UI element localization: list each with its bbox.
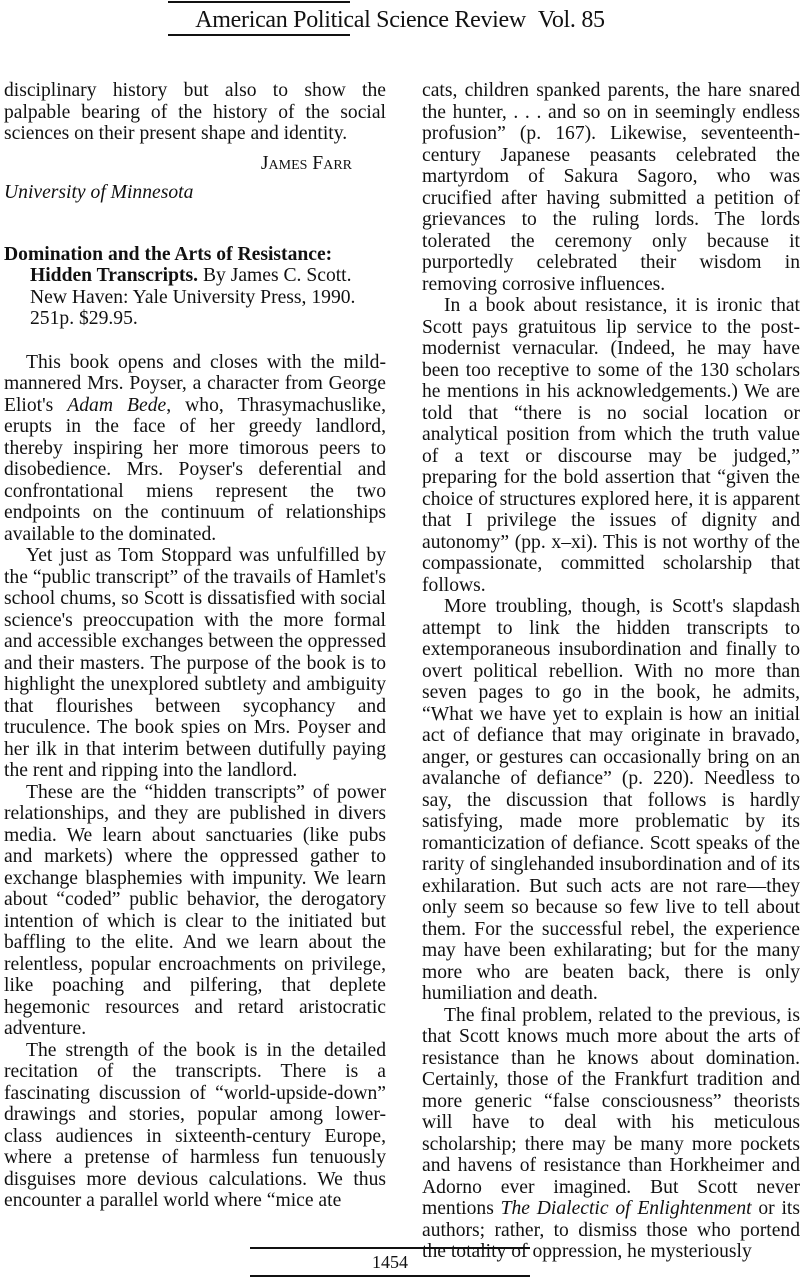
review-heading: Domination and the Arts of Resistance: H… [4,244,386,330]
paragraph: These are the “hidden transcripts” of po… [4,782,386,1040]
running-header: American Political Science ReviewVol. 85 [0,0,800,44]
page-footer: 1454 [250,1247,530,1277]
left-column: disciplinary history but also to show th… [4,80,386,1212]
page-number: 1454 [250,1249,530,1275]
paragraph: The final problem, related to the previo… [422,1005,800,1263]
book-title-italic: The Dialectic of Enlightenment [501,1198,752,1219]
paragraph: In a book about resistance, it is ironic… [422,295,800,596]
header-rule-top [168,1,350,3]
paragraph: The strength of the book is in the detai… [4,1040,386,1212]
volume-label: Vol. 85 [538,7,605,33]
paragraph: This book opens and closes with the mild… [4,352,386,546]
footer-rule-bottom [250,1275,530,1277]
continuation-paragraph: disciplinary history but also to show th… [4,80,386,145]
journal-title: American Political Science ReviewVol. 85 [0,7,800,34]
reviewer-signature: James Farr [4,153,386,175]
header-rule-bottom [168,34,350,36]
paragraph: cats, children spanked parents, the hare… [422,80,800,295]
book-title-italic: Adam Bede [67,395,166,416]
right-column: cats, children spanked parents, the hare… [422,80,800,1263]
paragraph: More troubling, though, is Scott's slapd… [422,596,800,1005]
reviewer-affiliation: University of Minnesota [4,182,386,204]
journal-name: American Political Science Review [195,7,526,33]
paragraph: Yet just as Tom Stoppard was unfulfilled… [4,545,386,782]
